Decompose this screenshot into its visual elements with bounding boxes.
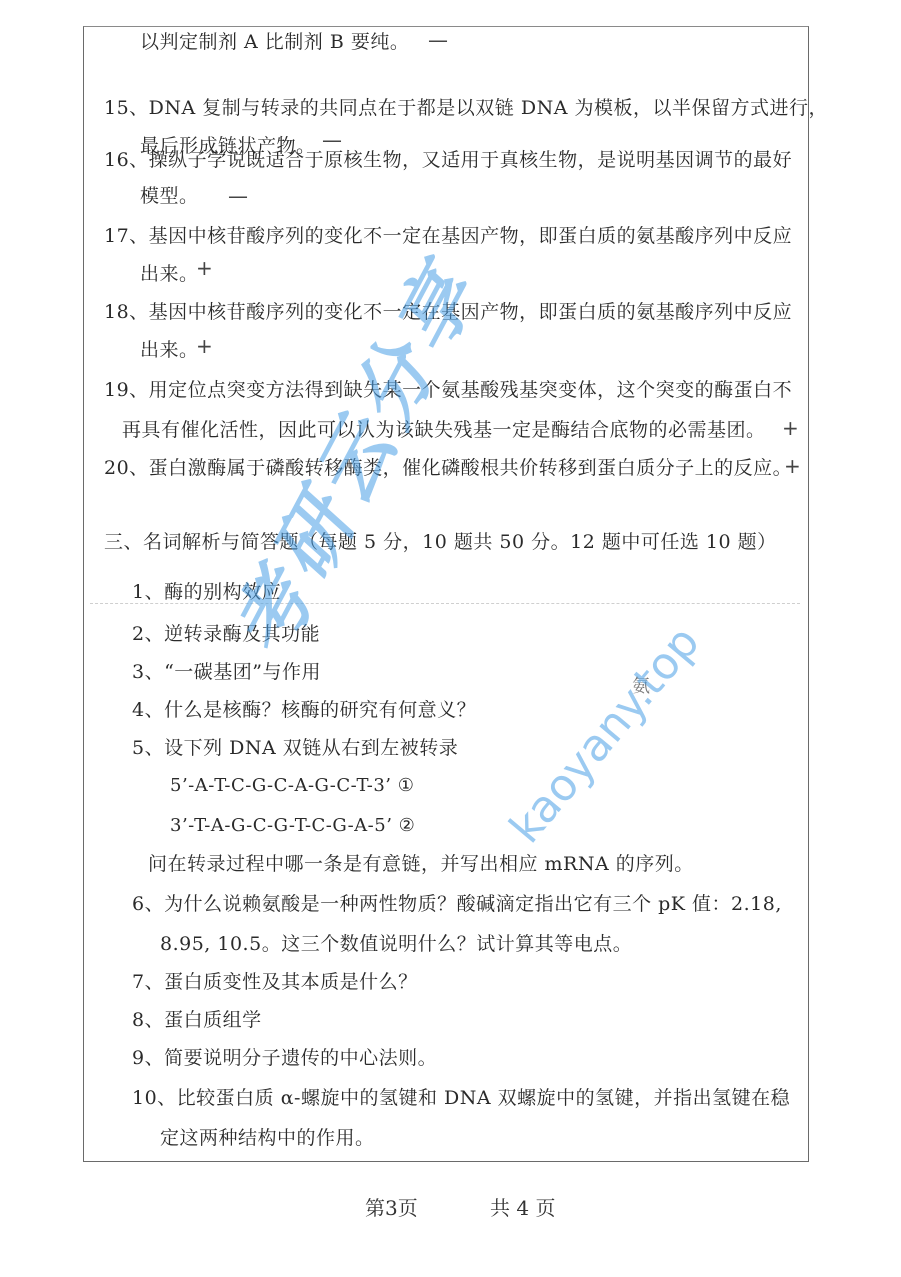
section-3-item-6: 6、为什么说赖氨酸是一种两性物质？酸碱滴定指出它有三个 pK 值：2.18,: [132, 892, 782, 916]
question-17: 17、基因中核苷酸序列的变化不一定在基因产物，即蛋白质的氨基酸序列中反应: [104, 224, 792, 248]
grading-mark-wrong: —: [428, 28, 448, 52]
section-3-item-7: 7、蛋白质变性及其本质是什么？: [132, 970, 418, 994]
section-3-item-5-question: 问在转录过程中哪一条是有意链，并写出相应 mRNA 的序列。: [148, 852, 694, 876]
section-3-item-4: 4、什么是核酶？核酶的研究有何意义？: [132, 698, 476, 722]
question-17-cont: 出来。: [140, 262, 199, 286]
page-number-current: 第3页: [365, 1192, 418, 1221]
section-3-item-10: 10、比较蛋白质 α-螺旋中的氢键和 DNA 双螺旋中的氢键，并指出氢键在稳: [132, 1086, 790, 1110]
question-14-cont: 以判定制剂 A 比制剂 B 要纯。: [140, 30, 409, 54]
dna-strand-2: 3’-T-A-G-C-G-T-C-G-A-5’ ②: [170, 814, 415, 838]
dna-strand-1: 5’-A-T-C-G-C-A-G-C-T-3’ ①: [170, 774, 414, 798]
question-18-cont: 出来。: [140, 338, 199, 362]
page-number-total: 共 4 页: [490, 1192, 555, 1221]
question-16: 16、操纵子学说既适合于原核生物，又适用于真核生物，是说明基因调节的最好: [104, 148, 792, 172]
section-3-item-10-cont: 定这两种结构中的作用。: [160, 1126, 375, 1150]
question-20: 20、蛋白激酶属于磷酸转移酶类，催化磷酸根共价转移到蛋白质分子上的反应。: [104, 456, 792, 480]
section-3-title: 三、名词解析与简答题（每题 5 分，10 题共 50 分。12 题中可任选 10…: [104, 530, 777, 554]
grading-mark-right: +: [784, 454, 801, 478]
section-3-item-9: 9、简要说明分子遗传的中心法则。: [132, 1046, 437, 1070]
question-19-cont: 再具有催化活性，因此可以认为该缺失残基一定是酶结合底物的必需基团。: [122, 418, 766, 442]
section-3-item-5: 5、设下列 DNA 双链从右到左被转录: [132, 736, 458, 760]
grading-mark-right: +: [196, 334, 213, 358]
question-16-cont: 模型。: [140, 184, 199, 208]
question-15: 15、DNA 复制与转录的共同点在于都是以双链 DNA 为模板，以半保留方式进行…: [104, 96, 828, 120]
section-3-item-8: 8、蛋白质组学: [132, 1008, 262, 1032]
grading-mark-right: +: [782, 416, 799, 440]
grading-mark-right: +: [196, 256, 213, 280]
section-3-item-6-cont: 8.95, 10.5。这三个数值说明什么？试计算其等电点。: [160, 932, 632, 956]
grading-mark-wrong: —: [228, 184, 248, 208]
